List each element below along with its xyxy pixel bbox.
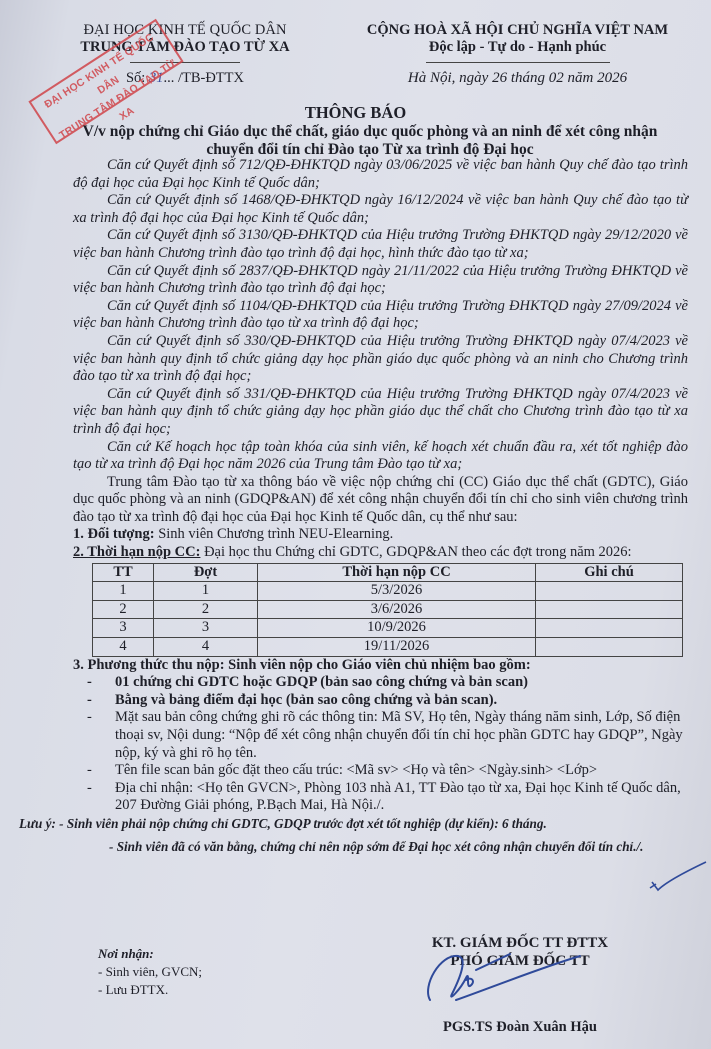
document-title: THÔNG BÁO (0, 103, 711, 123)
handwritten-signature-icon (420, 948, 600, 1018)
table-header-row: TT Đợt Thời hạn nộp CC Ghi chú (93, 563, 683, 582)
legal-basis: Căn cứ Kế hoạch học tập toàn khóa của si… (73, 439, 688, 474)
deadline-table: TT Đợt Thời hạn nộp CC Ghi chú 1 1 5/3/2… (92, 563, 683, 657)
center-name: TRUNG TÂM ĐÀO TẠO TỪ XA (60, 39, 310, 56)
university-name: ĐẠI HỌC KINH TẾ QUỐC DÂN (60, 22, 310, 39)
section-text: Sinh viên Chương trình NEU-Elearning. (155, 526, 394, 542)
legal-basis: Căn cứ Quyết định số 331/QĐ-ĐHKTQD của H… (73, 386, 688, 439)
motto-divider (426, 62, 610, 63)
cell-index: 1 (93, 582, 154, 601)
col-header: Thời hạn nộp CC (258, 563, 536, 582)
intro-paragraph: Trung tâm Đào tạo từ xa thông báo về việ… (73, 474, 688, 527)
table-row: 1 1 5/3/2026 (93, 582, 683, 601)
section-target: 1. Đối tượng: Sinh viên Chương trình NEU… (73, 526, 688, 544)
recipient-item: - Sinh viên, GVCN; (98, 963, 202, 981)
check-mark-icon (648, 858, 708, 898)
cell-note (536, 600, 683, 619)
legal-basis: Căn cứ Quyết định số 1468/QĐ-ĐHKTQD ngày… (73, 192, 688, 227)
cell-deadline: 19/11/2026 (258, 638, 536, 657)
submission-list: 01 chứng chỉ GDTC hoặc GDQP (bản sao côn… (73, 674, 688, 815)
cell-note (536, 619, 683, 638)
legal-basis: Căn cứ Quyết định số 330/QĐ-ĐHKTQD của H… (73, 333, 688, 386)
legal-basis: Căn cứ Quyết định số 2837/QĐ-ĐHKTQD ngày… (73, 263, 688, 298)
cell-index: 3 (93, 619, 154, 638)
country-name: CỘNG HOÀ XÃ HỘI CHỦ NGHĨA VIỆT NAM (345, 22, 690, 39)
section-method: 3. Phương thức thu nộp: Sinh viên nộp ch… (73, 657, 688, 675)
note-deadline: Lưu ý: - Sinh viên phải nộp chứng chỉ GD… (19, 815, 688, 833)
cell-note (536, 582, 683, 601)
col-header: Ghi chú (536, 563, 683, 582)
cell-deadline: 5/3/2026 (258, 582, 536, 601)
section-text: Đại học thu Chứng chỉ GDTC, GDQP&AN theo… (200, 544, 631, 560)
issue-date: Hà Nội, ngày 26 tháng 02 năm 2026 (345, 70, 690, 87)
list-item: Tên file scan bản gốc đặt theo cấu trúc:… (73, 762, 688, 780)
cell-round: 4 (154, 638, 258, 657)
list-item: Mặt sau bản công chứng ghi rõ các thông … (73, 709, 688, 762)
national-header: CỘNG HOÀ XÃ HỘI CHỦ NGHĨA VIỆT NAM Độc l… (345, 22, 690, 87)
notice-document: ĐẠI HỌC KINH TẾ QUỐC DÂN TRUNG TÂM ĐÀO T… (0, 0, 711, 1049)
table-row: 3 3 10/9/2026 (93, 619, 683, 638)
cell-note (536, 638, 683, 657)
list-item: 01 chứng chỉ GDTC hoặc GDQP (bản sao côn… (73, 674, 688, 692)
document-subject: V/v nộp chứng chỉ Giáo dục thể chất, giá… (60, 123, 680, 159)
cell-deadline: 10/9/2026 (258, 619, 536, 638)
list-item: Địa chỉ nhận: <Họ tên GVCN>, Phòng 103 n… (73, 780, 688, 815)
section-label: 1. Đối tượng: (73, 526, 155, 542)
section-label: 3. Phương thức thu nộp: Sinh viên nộp ch… (73, 657, 531, 673)
col-header: TT (93, 563, 154, 582)
cell-index: 2 (93, 600, 154, 619)
cell-index: 4 (93, 638, 154, 657)
legal-basis: Căn cứ Quyết định số 1104/QĐ-ĐHKTQD của … (73, 298, 688, 333)
signer-name: PGS.TS Đoàn Xuân Hậu (400, 1019, 640, 1036)
legal-basis: Căn cứ Quyết định số 712/QĐ-ĐHKTQD ngày … (73, 157, 688, 192)
recipients-heading: Nơi nhận: (98, 945, 202, 963)
table-row: 2 2 3/6/2026 (93, 600, 683, 619)
cell-round: 3 (154, 619, 258, 638)
cell-round: 1 (154, 582, 258, 601)
list-item: Bằng và bảng điểm đại học (bản sao công … (73, 692, 688, 710)
section-deadline: 2. Thời hạn nộp CC: Đại học thu Chứng ch… (73, 544, 688, 562)
recipient-item: - Lưu ĐTTX. (98, 981, 202, 999)
national-motto: Độc lập - Tự do - Hạnh phúc (345, 39, 690, 56)
section-label: 2. Thời hạn nộp CC: (73, 544, 200, 560)
table-row: 4 4 19/11/2026 (93, 638, 683, 657)
cell-round: 2 (154, 600, 258, 619)
document-body: Căn cứ Quyết định số 712/QĐ-ĐHKTQD ngày … (73, 157, 688, 855)
note-early-submission: - Sinh viên đã có văn bằng, chứng chỉ nê… (73, 838, 688, 856)
cell-deadline: 3/6/2026 (258, 600, 536, 619)
recipients-block: Nơi nhận: - Sinh viên, GVCN; - Lưu ĐTTX. (98, 945, 202, 999)
col-header: Đợt (154, 563, 258, 582)
legal-basis: Căn cứ Quyết định số 3130/QĐ-ĐHKTQD của … (73, 227, 688, 262)
